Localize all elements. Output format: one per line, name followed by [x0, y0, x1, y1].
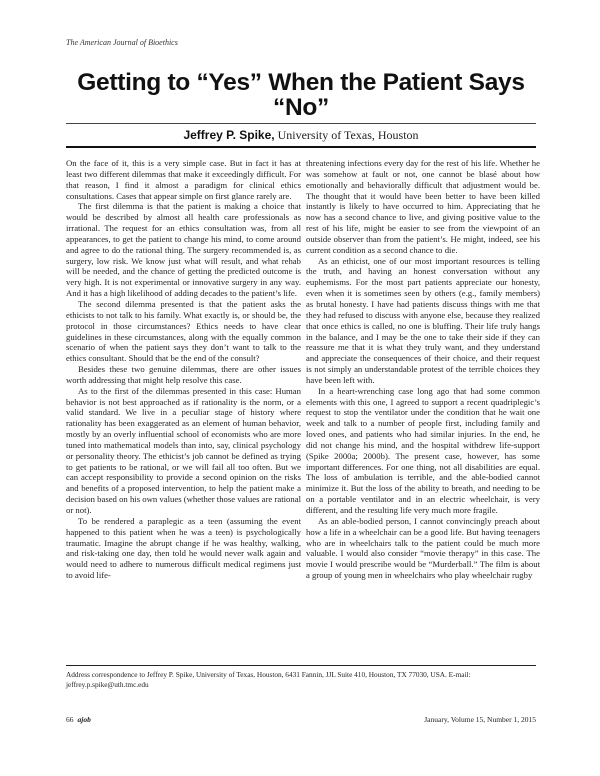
issue-info: January, Volume 15, Number 1, 2015	[424, 715, 536, 724]
left-column: On the face of it, this is a very simple…	[66, 158, 301, 581]
author-name: Jeffrey P. Spike,	[183, 128, 274, 142]
page-footer-left: 66ajob	[66, 715, 91, 724]
byline-rule	[66, 146, 536, 148]
running-head: The American Journal of Bioethics	[66, 38, 178, 47]
paragraph: In a heart-wrenching case long ago that …	[306, 386, 540, 516]
paragraph: Besides these two genuine dilemmas, ther…	[66, 364, 301, 386]
page-number: 66	[66, 715, 74, 724]
correspondence-footnote: Address correspondence to Jeffrey P. Spi…	[66, 670, 538, 690]
footnote-rule	[66, 665, 536, 666]
author-affiliation: University of Texas, Houston	[275, 128, 419, 142]
paragraph: As to the first of the dilemmas presente…	[66, 386, 301, 516]
right-column: threatening infections every day for the…	[306, 158, 540, 581]
paragraph: As an able-bodied person, I cannot convi…	[306, 516, 540, 581]
journal-abbrev: ajob	[78, 715, 91, 724]
paragraph: On the face of it, this is a very simple…	[66, 158, 301, 201]
title-rule	[66, 123, 536, 124]
paragraph: The first dilemma is that the patient is…	[66, 201, 301, 299]
paragraph: As an ethicist, one of our most importan…	[306, 256, 540, 386]
paragraph: threatening infections every day for the…	[306, 158, 540, 256]
article-page: The American Journal of Bioethics Gettin…	[0, 0, 600, 776]
paragraph: The second dilemma presented is that the…	[66, 299, 301, 364]
byline: Jeffrey P. Spike, University of Texas, H…	[66, 128, 536, 142]
paragraph: To be rendered a paraplegic as a teen (a…	[66, 516, 301, 581]
article-title: Getting to “Yes” When the Patient Says “…	[60, 70, 542, 120]
